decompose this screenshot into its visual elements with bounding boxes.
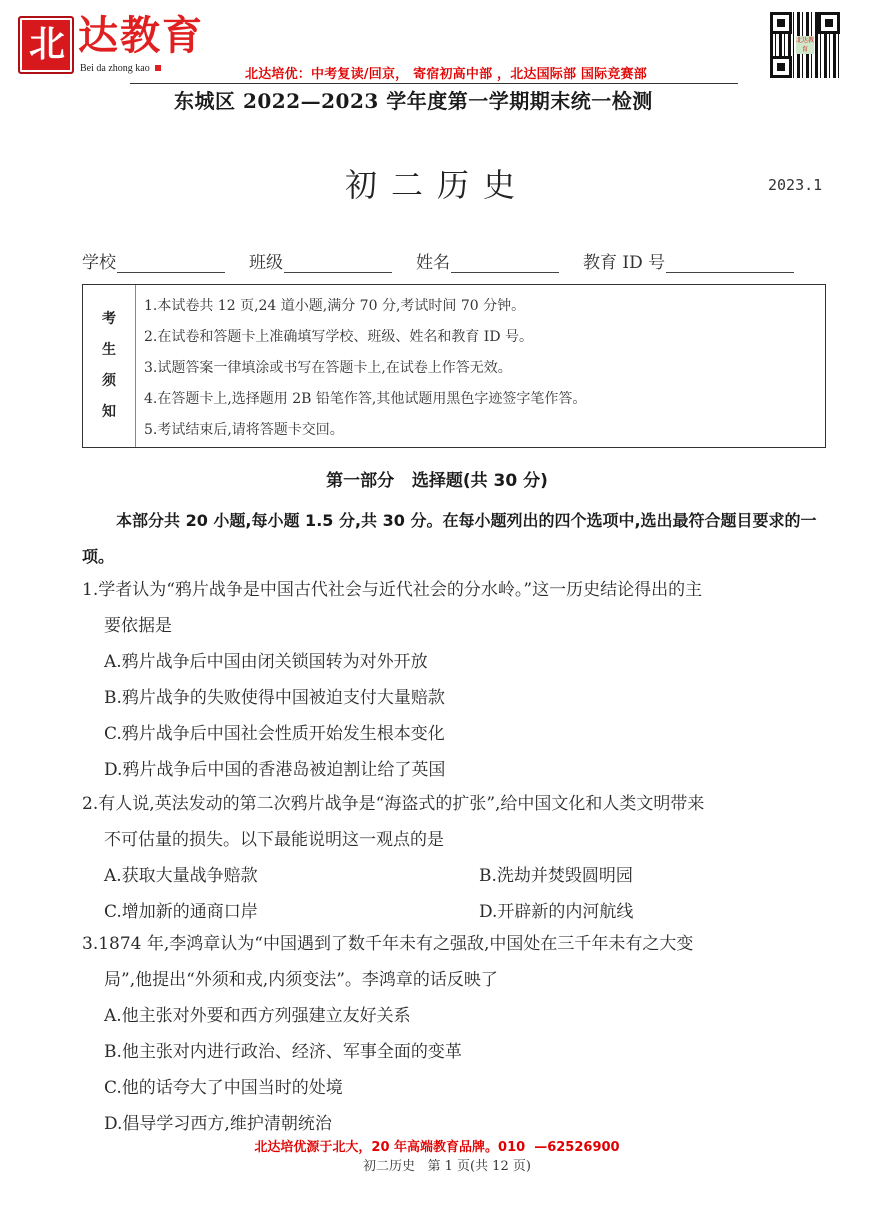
option-b[interactable]: B.鸦片战争的失败使得中国被迫支付大量赔款 <box>82 680 832 716</box>
section-intro: 本部分共 20 小题,每小题 1.5 分,共 30 分。在每小题列出的四个选项中… <box>82 503 830 575</box>
option-b[interactable]: B.洗劫并焚毁圆明园 <box>457 858 832 894</box>
notice-label: 考 生 须 知 <box>83 285 136 447</box>
edu-id-field[interactable]: 教育 ID 号 <box>583 248 794 273</box>
header-promo: 北达培优：中考复读/回京， 寄宿初高中部 ，北达国际部 国际竞赛部 <box>245 63 647 82</box>
name-label: 姓名 <box>416 248 450 273</box>
logo-text: 达教育 <box>78 14 204 58</box>
notice-label-char: 生 <box>102 335 116 366</box>
class-label: 班级 <box>249 248 283 273</box>
notice-item: 2.在试卷和答题卡上准确填写学校、班级、姓名和教育 ID 号。 <box>144 322 825 353</box>
option-d[interactable]: D.鸦片战争后中国的香港岛被迫割让给了英国 <box>82 752 832 788</box>
page-number: 初二历史 第 1 页(共 12 页) <box>0 1155 874 1174</box>
option-row: A.获取大量战争赔款 B.洗劫并焚毁圆明园 <box>82 858 832 894</box>
class-blank[interactable] <box>284 252 392 273</box>
header-divider <box>130 83 738 84</box>
question-stem: 1.学者认为“鸦片战争是中国古代社会与近代社会的分水岭。”这一历史结论得出的主 <box>82 572 832 608</box>
section-title: 第一部分 选择题(共 30 分) <box>0 466 874 491</box>
class-field[interactable]: 班级 <box>249 248 392 273</box>
square-bullet-icon <box>155 65 161 71</box>
notice-item: 5.考试结束后,请将答题卡交回。 <box>144 415 825 446</box>
option-c[interactable]: C.鸦片战争后中国社会性质开始发生根本变化 <box>82 716 832 752</box>
logo-subtitle-text: Bei da zhong kao <box>80 63 150 74</box>
notice-label-char: 考 <box>102 304 116 335</box>
notice-item: 3.试题答案一律填涂或书写在答题卡上,在试卷上作答无效。 <box>144 353 825 384</box>
qr-code-icon: 北达教育 <box>770 12 840 78</box>
exam-title: 东城区 2022—2023 学年度第一学期期末统一检测 <box>174 85 653 114</box>
question-stem: 2.有人说,英法发动的第二次鸦片战争是“海盗式的扩张”,给中国文化和人类文明带来 <box>82 786 832 822</box>
option-row: C.增加新的通商口岸 D.开辟新的内河航线 <box>82 894 832 930</box>
option-c[interactable]: C.增加新的通商口岸 <box>82 894 457 930</box>
qr-finder-icon <box>818 12 840 34</box>
question-stem-continued: 局”,他提出“外须和戎,内须变法”。李鸿章的话反映了 <box>82 962 832 998</box>
name-blank[interactable] <box>451 252 559 273</box>
notice-item: 4.在答题卡上,选择题用 2B 铅笔作答,其他试题用黑色字迹签字笔作答。 <box>144 384 825 415</box>
subject-title: 初二历史 <box>0 160 874 206</box>
question-2: 2.有人说,英法发动的第二次鸦片战争是“海盗式的扩张”,给中国文化和人类文明带来… <box>82 786 832 930</box>
name-field[interactable]: 姓名 <box>416 248 559 273</box>
notice-items: 1.本试卷共 12 页,24 道小题,满分 70 分,考试时间 70 分钟。 2… <box>136 285 825 447</box>
footer-promo: 北达培优源于北大，20 年高端教育品牌。010 —62526900 <box>0 1136 874 1155</box>
qr-center-logo: 北达教育 <box>796 36 814 54</box>
question-stem-continued: 不可估量的损失。以下最能说明这一观点的是 <box>82 822 832 858</box>
school-field[interactable]: 学校 <box>82 248 225 273</box>
question-stem: 3.1874 年,李鸿章认为“中国遇到了数千年未有之强敌,中国处在三千年未有之大… <box>82 926 832 962</box>
option-a[interactable]: A.获取大量战争赔款 <box>82 858 457 894</box>
logo-subtitle: Bei da zhong kao <box>80 63 161 74</box>
logo-mark: 北 <box>18 16 74 74</box>
exam-date: 2023.1 <box>768 176 822 194</box>
option-b[interactable]: B.他主张对内进行政治、经济、军事全面的变革 <box>82 1034 832 1070</box>
student-info-fields: 学校 班级 姓名 教育 ID 号 <box>82 248 822 273</box>
edu-id-label: 教育 ID 号 <box>583 248 665 273</box>
notice-label-char: 须 <box>102 366 116 397</box>
notice-label-char: 知 <box>102 397 116 428</box>
option-d[interactable]: D.开辟新的内河航线 <box>457 894 832 930</box>
edu-id-blank[interactable] <box>666 252 794 273</box>
exam-notice-box: 考 生 须 知 1.本试卷共 12 页,24 道小题,满分 70 分,考试时间 … <box>82 284 826 448</box>
option-c[interactable]: C.他的话夸大了中国当时的处境 <box>82 1070 832 1106</box>
school-label: 学校 <box>82 248 116 273</box>
notice-item: 1.本试卷共 12 页,24 道小题,满分 70 分,考试时间 70 分钟。 <box>144 291 825 322</box>
qr-finder-icon <box>770 12 792 34</box>
question-3: 3.1874 年,李鸿章认为“中国遇到了数千年未有之强敌,中国处在三千年未有之大… <box>82 926 832 1142</box>
option-a[interactable]: A.他主张对外要和西方列强建立友好关系 <box>82 998 832 1034</box>
school-blank[interactable] <box>117 252 225 273</box>
question-1: 1.学者认为“鸦片战争是中国古代社会与近代社会的分水岭。”这一历史结论得出的主 … <box>82 572 832 788</box>
question-stem-continued: 要依据是 <box>82 608 832 644</box>
option-a[interactable]: A.鸦片战争后中国由闭关锁国转为对外开放 <box>82 644 832 680</box>
qr-finder-icon <box>770 56 792 78</box>
